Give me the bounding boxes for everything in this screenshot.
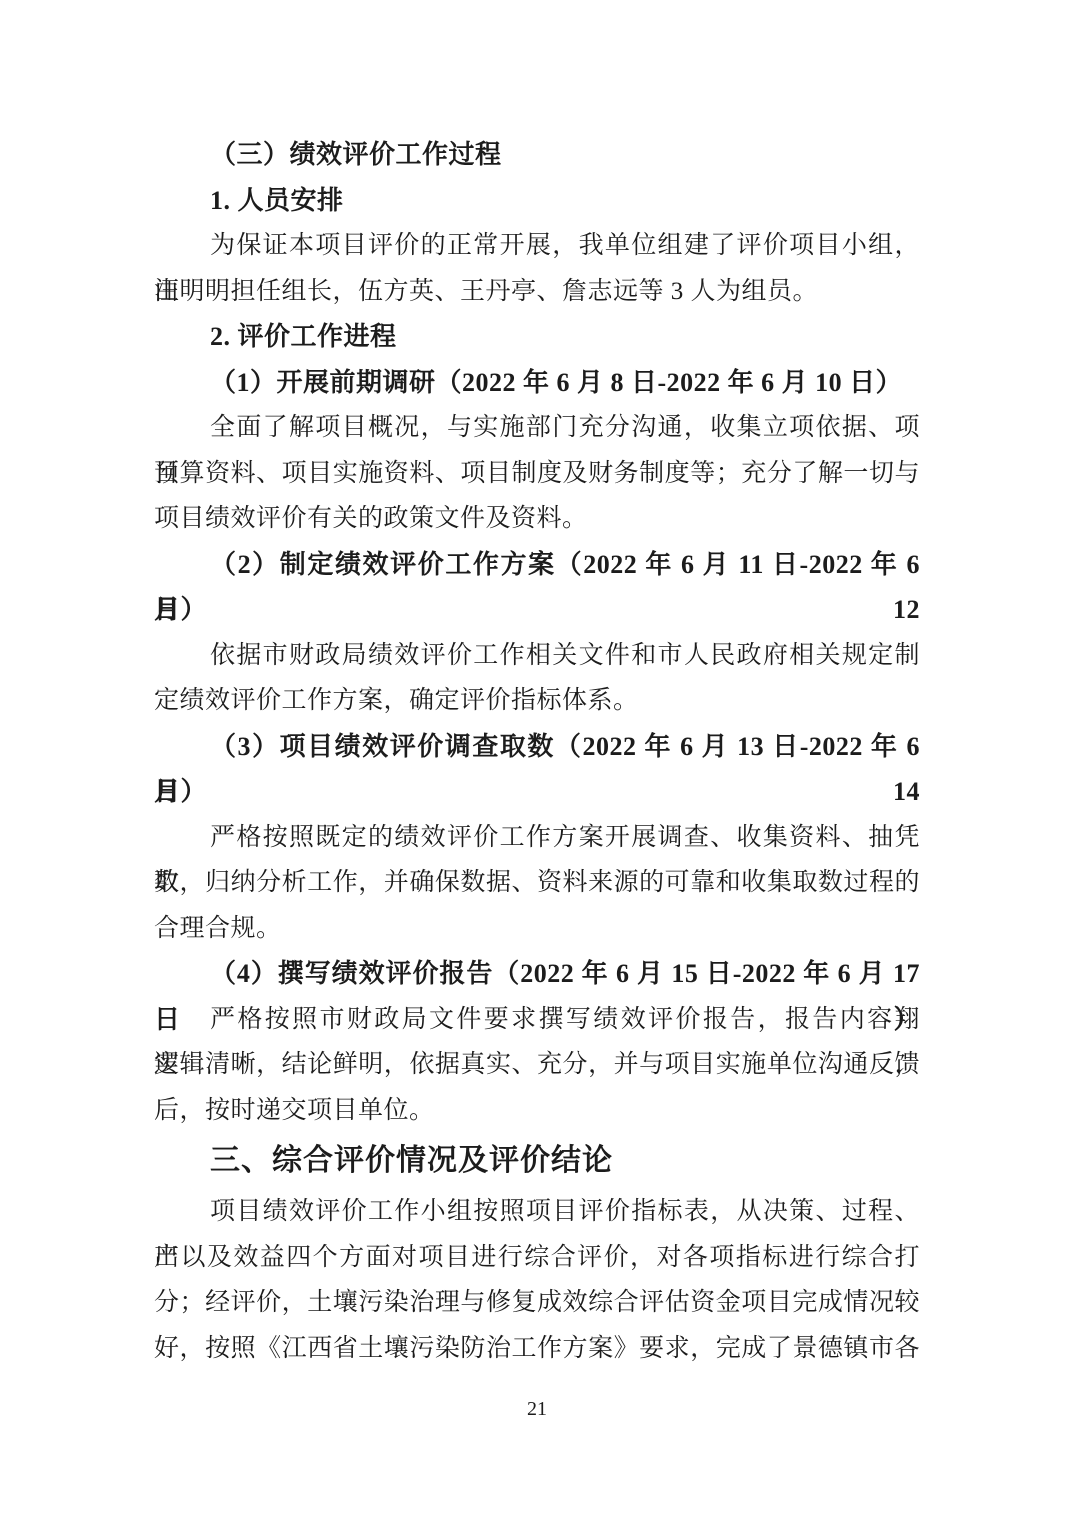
paragraph-line: 后，按时递交项目单位。 <box>154 1088 920 1134</box>
paragraph-line: 定绩效评价工作方案，确定评价指标体系。 <box>154 678 920 724</box>
item-heading: （3）项目绩效评价调查取数（2022 年 6 月 13 日-2022 年 6 月… <box>154 724 920 770</box>
paragraph-line: 逻辑清晰，结论鲜明，依据真实、充分，并与项目实施单位沟通反馈 <box>154 1042 920 1088</box>
paragraph-line: 为保证本项目评价的正常开展，我单位组建了评价项目小组，由 <box>154 223 920 269</box>
paragraph-line: 数，归纳分析工作，并确保数据、资料来源的可靠和收集取数过程的 <box>154 860 920 906</box>
paragraph-line: 项目绩效评价工作小组按照项目评价指标表，从决策、过程、产 <box>154 1189 920 1235</box>
paragraph-line: 出以及效益四个方面对项目进行综合评价，对各项指标进行综合打 <box>154 1235 920 1281</box>
item-heading: （4）撰写绩效评价报告（2022 年 6 月 15 日-2022 年 6 月 1… <box>154 951 920 997</box>
paragraph-line: 合理合规。 <box>154 906 920 952</box>
document-page: （三）绩效评价工作过程1. 人员安排为保证本项目评价的正常开展，我单位组建了评价… <box>0 0 1074 1520</box>
paragraph-line: 汪明明担任组长，伍方英、王丹亭、詹志远等 3 人为组员。 <box>154 269 920 315</box>
paragraph-line: 好，按照《江西省土壤污染防治工作方案》要求，完成了景德镇市各 <box>154 1326 920 1372</box>
page-number: 21 <box>0 1398 1074 1421</box>
item-heading: （1）开展前期调研（2022 年 6 月 8 日-2022 年 6 月 10 日… <box>154 360 920 406</box>
document-body: （三）绩效评价工作过程1. 人员安排为保证本项目评价的正常开展，我单位组建了评价… <box>154 132 920 1371</box>
chapter-heading: 三、综合评价情况及评价结论 <box>154 1133 920 1189</box>
paragraph-line: 严格按照市财政局文件要求撰写绩效评价报告，报告内容翔实， <box>154 997 920 1043</box>
paragraph-line: 全面了解项目概况，与实施部门充分沟通，收集立项依据、项目 <box>154 405 920 451</box>
paragraph-line: 依据市财政局绩效评价工作相关文件和市人民政府相关规定制 <box>154 633 920 679</box>
paragraph-line: 严格按照既定的绩效评价工作方案开展调查、收集资料、抽凭取 <box>154 815 920 861</box>
subsection-heading: 1. 人员安排 <box>154 178 920 224</box>
item-heading: （2）制定绩效评价工作方案（2022 年 6 月 11 日-2022 年 6 月… <box>154 542 920 588</box>
paragraph-line: 预算资料、项目实施资料、项目制度及财务制度等；充分了解一切与 <box>154 451 920 497</box>
paragraph-line: 项目绩效评价有关的政策文件及资料。 <box>154 496 920 542</box>
section-heading: （三）绩效评价工作过程 <box>154 132 920 178</box>
paragraph-line: 分；经评价，土壤污染治理与修复成效综合评估资金项目完成情况较 <box>154 1280 920 1326</box>
subsection-heading: 2. 评价工作进程 <box>154 314 920 360</box>
